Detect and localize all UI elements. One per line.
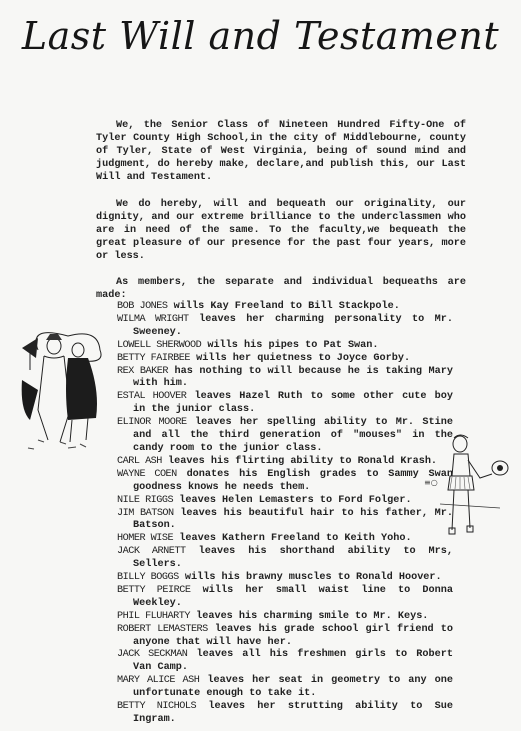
bequest-item: BETTY NICHOLS leaves her strutting abili…	[117, 701, 453, 727]
bequest-item: JACK ARNETT leaves his shorthand ability…	[117, 546, 453, 572]
bequest-name: MARY ALICE ASH	[117, 675, 199, 686]
bequest-item: MARY ALICE ASH leaves her seat in geomet…	[117, 675, 453, 701]
bequest-name: REX BAKER	[117, 366, 168, 377]
bequest-text: wills his pipes to Pat Swan.	[207, 340, 378, 351]
bequest-text: leaves his flirting ability to Ronald Kr…	[168, 456, 437, 467]
bequest-item: LOWELL SHERWOOD wills his pipes to Pat S…	[117, 340, 453, 353]
bequest-item: ROBERT LEMASTERS leaves his grade school…	[117, 624, 453, 650]
bequest-name: ESTAL HOOVER	[117, 391, 186, 402]
bequest-item: ESTAL HOOVER leaves Hazel Ruth to some o…	[117, 391, 453, 417]
bequest-name: PHIL FLUHARTY	[117, 611, 190, 622]
bequest-text: leaves his beautiful hair to his father,…	[133, 508, 453, 532]
bequest-name: NILE RIGGS	[117, 495, 173, 506]
bequest-name: JACK SECKMAN	[117, 649, 187, 660]
bequest-item: CARL ASH leaves his flirting ability to …	[117, 456, 453, 469]
bequest-name: WILMA WRIGHT	[117, 314, 189, 325]
bequest-text: wills her quietness to Joyce Gorby.	[196, 353, 410, 364]
paragraph-declaration: We, the Senior Class of Nineteen Hundred…	[96, 119, 466, 184]
bequest-item: JIM BATSON leaves his beautiful hair to …	[117, 508, 453, 534]
bequest-text: donates his English grades to Sammy Swan…	[133, 469, 453, 493]
bequest-item: JACK SECKMAN leaves all his freshmen gir…	[117, 649, 453, 675]
page-title: Last Will and Testament	[0, 14, 521, 58]
bequest-item: BOB JONES wills Kay Freeland to Bill Sta…	[117, 301, 453, 314]
bequest-item: BETTY PEIRCE wills her small waist line …	[117, 585, 453, 611]
couple-walking-illustration	[8, 330, 116, 455]
tennis-ball-icon: ≡○	[424, 478, 438, 487]
bequest-list: BOB JONES wills Kay Freeland to Bill Sta…	[117, 301, 453, 727]
bequest-name: JIM BATSON	[117, 508, 174, 519]
bequest-name: HOMER WISE	[117, 533, 173, 544]
bequest-item: HOMER WISE leaves Kathern Freeland to Ke…	[117, 533, 453, 546]
bequest-item: BETTY FAIRBEE wills her quietness to Joy…	[117, 353, 453, 366]
bequest-item: ELINOR MOORE leaves her spelling ability…	[117, 417, 453, 456]
bequest-name: CARL ASH	[117, 456, 162, 467]
bequest-item: REX BAKER has nothing to will because he…	[117, 366, 453, 392]
bequest-name: JACK ARNETT	[117, 546, 186, 557]
tennis-girl-illustration	[440, 432, 520, 542]
bequest-text: has nothing to will because he is taking…	[133, 366, 453, 390]
paragraph-class-bequest: We do hereby, will and bequeath our orig…	[96, 198, 466, 263]
bequest-name: BOB JONES	[117, 301, 168, 312]
bequest-name: ROBERT LEMASTERS	[117, 624, 208, 635]
bequest-text: leaves Kathern Freeland to Keith Yoho.	[179, 533, 411, 544]
bequest-name: WAYNE COEN	[117, 469, 177, 480]
bequest-item: WILMA WRIGHT leaves her charming persona…	[117, 314, 453, 340]
bequest-text: leaves Helen Lemasters to Ford Folger.	[179, 495, 411, 506]
bequest-text: wills his brawny muscles to Ronald Hoove…	[185, 572, 442, 583]
bequest-text: wills Kay Freeland to Bill Stackpole.	[174, 301, 400, 312]
preamble: We, the Senior Class of Nineteen Hundred…	[96, 119, 466, 315]
bequest-name: ELINOR MOORE	[117, 417, 187, 428]
bequest-name: BETTY NICHOLS	[117, 701, 196, 712]
bequest-item: WAYNE COEN donates his English grades to…	[117, 469, 453, 495]
bequest-name: LOWELL SHERWOOD	[117, 340, 201, 351]
bequest-name: BILLY BOGGS	[117, 572, 179, 583]
bequest-text: leaves his charming smile to Mr. Keys.	[196, 611, 428, 622]
bequest-item: PHIL FLUHARTY leaves his charming smile …	[117, 611, 453, 624]
bequest-name: BETTY FAIRBEE	[117, 353, 190, 364]
paragraph-individual-intro: As members, the separate and individual …	[96, 276, 466, 302]
bequest-item: BILLY BOGGS wills his brawny muscles to …	[117, 572, 453, 585]
bequest-name: BETTY PEIRCE	[117, 585, 190, 596]
bequest-item: NILE RIGGS leaves Helen Lemasters to For…	[117, 495, 453, 508]
